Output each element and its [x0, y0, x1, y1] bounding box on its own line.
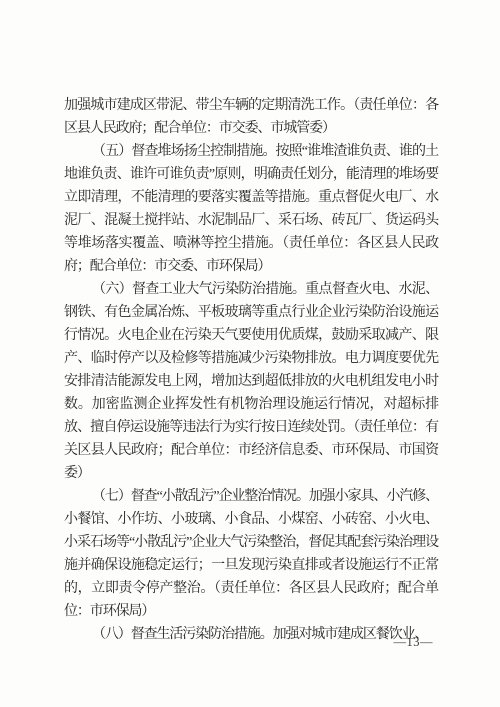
page-number: —13— [394, 635, 434, 650]
paragraph-item-7: （七）督查“小散乱污”企业整治情况。加强小家具、小汽修、小餐馆、小作坊、小玻璃、… [64, 485, 438, 623]
paragraph-continuation: 加强城市建成区带泥、带尘车辆的定期清洗工作。（责任单位：各区县人民政府；配合单位… [64, 94, 438, 140]
document-page: 加强城市建成区带泥、带尘车辆的定期清洗工作。（责任单位：各区县人民政府；配合单位… [0, 0, 500, 707]
paragraph-item-8: （八）督查生活污染防治措施。加强对城市建成区餐饮业、 [64, 623, 438, 646]
document-body: 加强城市建成区带泥、带尘车辆的定期清洗工作。（责任单位：各区县人民政府；配合单位… [64, 94, 438, 646]
paragraph-item-5: （五）督查堆场扬尘控制措施。按照“谁堆渣谁负责、谁的土地谁负责、谁许可谁负责”原… [64, 140, 438, 278]
paragraph-item-6: （六）督查工业大气污染防治措施。重点督查火电、水泥、钢铁、有色金属冶炼、平板玻璃… [64, 278, 438, 485]
